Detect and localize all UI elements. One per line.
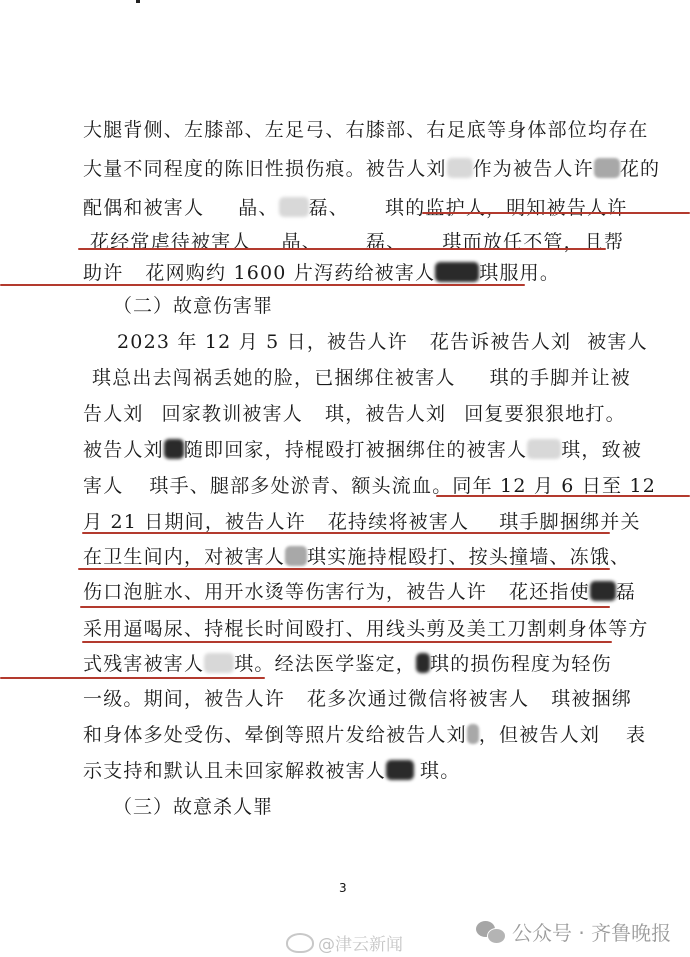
text-segment: 琪被捆绑 bbox=[551, 688, 632, 710]
text-segment: 花网购约 1600 片泻药给被害人 bbox=[145, 262, 435, 284]
text-segment: 琪。经法医学鉴定， bbox=[234, 653, 416, 675]
text-line: 一级。期间，被告人许花多次通过微信将被害人琪被捆绑 bbox=[83, 687, 632, 711]
text-segment: 大量不同程度的陈旧性损伤痕。被告人刘 bbox=[83, 158, 447, 180]
text-segment: 和身体多处受伤、晕倒等照片发给被告人刘 bbox=[83, 724, 467, 746]
text-segment: 伤口泡脏水、用开水烫等伤害行为，被告人许 bbox=[83, 581, 487, 603]
section-heading: （三）故意杀人罪 bbox=[113, 795, 273, 819]
text-line: 月 21 日期间，被告人许花持续将被害人琪手脚捆绑并关 bbox=[83, 510, 641, 534]
text-line: 配偶和被害人晶、磊、琪的监护人，明知被告人许 bbox=[83, 196, 627, 220]
red-underline bbox=[78, 568, 610, 570]
text-segment: 琪总出去闯祸丢她的脸，已捆绑住被害人 bbox=[92, 367, 456, 389]
text-segment: 琪的监护人，明知被告人许 bbox=[385, 197, 627, 219]
text-segment: 配偶和被害人 bbox=[83, 197, 204, 219]
text-segment: 琪手脚捆绑并关 bbox=[499, 511, 640, 533]
heading-text: （三）故意杀人罪 bbox=[113, 796, 273, 818]
text-segment: 琪的手脚并让被 bbox=[490, 367, 631, 389]
red-underline bbox=[82, 532, 610, 534]
text-segment: 回家教训被害人 bbox=[162, 403, 303, 425]
text-segment: 花的 bbox=[620, 158, 660, 180]
redaction bbox=[527, 439, 561, 459]
red-underline bbox=[422, 212, 690, 214]
redaction bbox=[590, 581, 616, 601]
text-segment: 在卫生间内，对被害人 bbox=[83, 546, 285, 568]
text-line: 采用逼喝尿、持棍长时间殴打、用线头剪及美工刀割刺身体等方 bbox=[83, 617, 649, 641]
redaction bbox=[164, 439, 184, 459]
text-segment: 随即回家，持棍殴打被捆绑住的被害人 bbox=[184, 439, 527, 461]
text-segment: 一级。期间，被告人许 bbox=[83, 688, 285, 710]
redaction bbox=[447, 158, 473, 178]
text-segment: 花告诉被告人刘 bbox=[430, 331, 571, 353]
red-underline bbox=[78, 248, 606, 250]
text-segment: 2023 年 12 月 5 日，被告人许 bbox=[117, 331, 408, 353]
text-line: 助许花网购约 1600 片泻药给被害人琪服用。 bbox=[83, 261, 560, 285]
text-line: 大腿背侧、左膝部、左足弓、右膝部、右足底等身体部位均存在 bbox=[83, 118, 649, 142]
text-segment: 示支持和默认且未回家解救被害人 bbox=[83, 760, 386, 782]
text-segment: 琪。 bbox=[420, 760, 460, 782]
red-underline bbox=[0, 284, 525, 286]
document-page: 大腿背侧、左膝部、左足弓、右膝部、右足底等身体部位均存在 大量不同程度的陈旧性损… bbox=[0, 0, 690, 957]
page-number: 3 bbox=[339, 881, 347, 895]
text-line: 被告人刘随即回家，持棍殴打被捆绑住的被害人琪，致被 bbox=[83, 438, 642, 462]
text-segment: 琪的损伤程度为轻伤 bbox=[430, 653, 612, 675]
text-segment: 琪，致被 bbox=[561, 439, 642, 461]
redaction bbox=[386, 760, 414, 780]
text-segment: 式残害被害人 bbox=[83, 653, 204, 675]
text-segment: 琪实施持棍殴打、按头撞墙、冻饿、 bbox=[307, 546, 630, 568]
redaction bbox=[594, 158, 620, 178]
text-segment: 琪服用。 bbox=[479, 262, 560, 284]
redaction bbox=[416, 653, 430, 673]
weibo-icon bbox=[286, 933, 314, 953]
text-segment: 害人 bbox=[83, 475, 123, 497]
text-segment: 大腿背侧、左膝部、左足弓、右膝部、右足底等身体部位均存在 bbox=[83, 119, 649, 141]
red-underline bbox=[80, 606, 610, 608]
text-segment: 琪，被告人刘 bbox=[325, 403, 446, 425]
text-segment: 琪手、腿部多处淤青、额头流血。同年 12 月 6 日至 12 bbox=[149, 475, 656, 497]
text-segment: 回复要狠狠地打。 bbox=[464, 403, 626, 425]
weibo-watermark: @津云新闻 bbox=[286, 930, 403, 955]
text-segment: 采用逼喝尿、持棍长时间殴打、用线头剪及美工刀割刺身体等方 bbox=[83, 618, 649, 640]
text-segment: 花持续将被害人 bbox=[328, 511, 469, 533]
text-segment: ，但被告人刘 bbox=[479, 724, 600, 746]
text-segment: 助许 bbox=[83, 262, 123, 284]
wechat-watermark: 公众号 · 齐鲁晚报 bbox=[476, 917, 671, 946]
text-line: 在卫生间内，对被害人琪实施持棍殴打、按头撞墙、冻饿、 bbox=[83, 545, 630, 569]
text-segment: 月 21 日期间，被告人许 bbox=[83, 511, 306, 533]
text-segment: 晶、 bbox=[238, 197, 278, 219]
text-line: 伤口泡脏水、用开水烫等伤害行为，被告人许花还指使磊 bbox=[83, 580, 636, 604]
text-segment: 作为被告人许 bbox=[473, 158, 594, 180]
section-heading: （二）故意伤害罪 bbox=[113, 294, 273, 318]
text-line: 示支持和默认且未回家解救被害人琪。 bbox=[83, 759, 460, 783]
text-segment: 被害人 bbox=[587, 331, 648, 353]
red-underline bbox=[436, 495, 690, 497]
text-segment: 花还指使 bbox=[509, 581, 590, 603]
redaction bbox=[435, 262, 479, 282]
text-segment: 磊 bbox=[616, 581, 636, 603]
red-underline bbox=[0, 677, 265, 679]
text-segment: 表 bbox=[626, 724, 646, 746]
text-line: 式残害被害人琪。经法医学鉴定，琪的损伤程度为轻伤 bbox=[83, 652, 612, 676]
red-underline bbox=[82, 641, 612, 643]
text-line: 告人刘回家教训被害人琪，被告人刘回复要狠狠地打。 bbox=[83, 402, 626, 426]
text-segment: 磊、 bbox=[309, 197, 349, 219]
heading-text: （二）故意伤害罪 bbox=[113, 295, 273, 317]
weibo-watermark-text: @津云新闻 bbox=[318, 935, 403, 955]
redaction bbox=[285, 546, 307, 566]
text-segment: 被告人刘 bbox=[83, 439, 164, 461]
text-line: 大量不同程度的陈旧性损伤痕。被告人刘作为被告人许花的 bbox=[83, 157, 660, 181]
text-line: 2023 年 12 月 5 日，被告人许花告诉被告人刘被害人 bbox=[117, 330, 648, 354]
text-line: 和身体多处受伤、晕倒等照片发给被告人刘，但被告人刘表 bbox=[83, 723, 646, 747]
text-line: 花经常虐待被害人晶、磊、琪而放任不管，且帮 bbox=[90, 230, 624, 254]
redaction bbox=[204, 653, 234, 673]
text-line: 琪总出去闯祸丢她的脸，已捆绑住被害人琪的手脚并让被 bbox=[92, 366, 631, 390]
scan-mark bbox=[136, 0, 140, 3]
wechat-watermark-text: 公众号 · 齐鲁晚报 bbox=[512, 921, 671, 945]
wechat-icon bbox=[476, 921, 506, 943]
text-segment: 告人刘 bbox=[83, 403, 144, 425]
redaction bbox=[279, 197, 309, 217]
text-segment: 花多次通过微信将被害人 bbox=[307, 688, 529, 710]
redaction bbox=[467, 724, 479, 744]
